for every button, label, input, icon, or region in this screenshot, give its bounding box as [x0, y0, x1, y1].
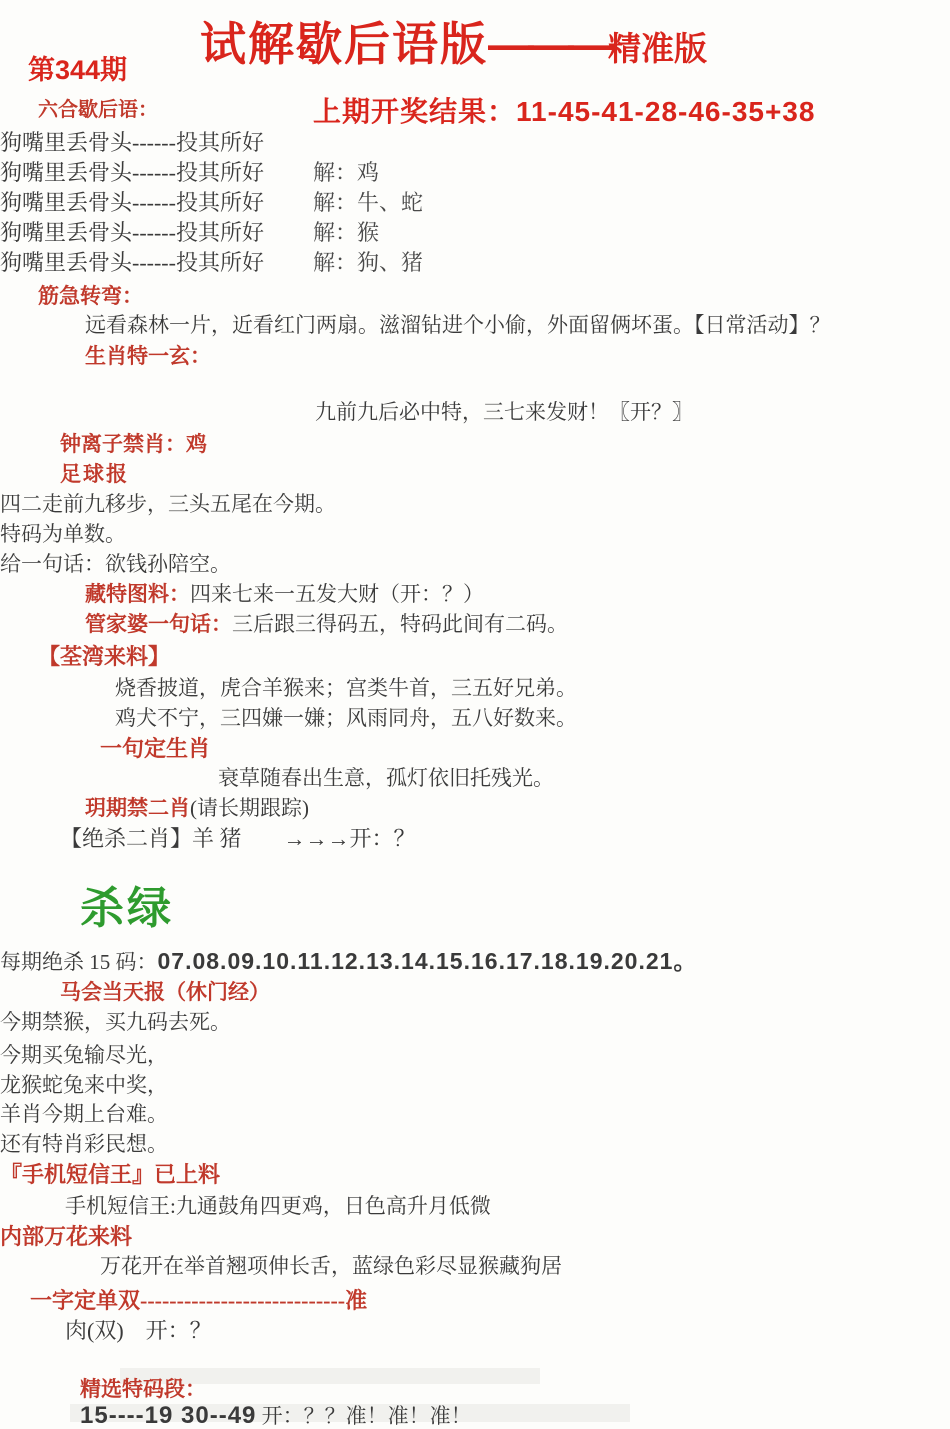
kill-15-codes-label: 每期绝杀 15 码： [0, 950, 158, 974]
football-report-line: 给一句话：欲钱孙陪空。 [0, 552, 231, 576]
tsuenwan-line: 鸡犬不宁，三四嫌一嫌；风雨同舟，五八好数来。 [115, 706, 577, 730]
last-draw-result: 上期开奖结果：11-45-41-28-46-35+38 [313, 96, 815, 128]
kill-15-codes-line: 每期绝杀 15 码：07.08.09.10.11.12.13.14.15.16.… [0, 948, 697, 974]
mahui-line: 龙猴蛇兔来中奖， [0, 1073, 168, 1097]
hexie-row-text: 狗嘴里丢骨头------投其所好 [0, 160, 264, 185]
last-draw-result-label: 上期开奖结果： [313, 96, 516, 127]
one-phrase-zodiac-label: 一句定生肖 [100, 736, 210, 761]
issue-number: 第344期 [28, 55, 127, 86]
hexie-row: 狗嘴里丢骨头------投其所好 解：鸡 [0, 160, 264, 185]
mahui-line: 还有特肖彩民想。 [0, 1132, 168, 1156]
kill-two-zodiac-label: 【绝杀二肖】羊 猪 [60, 826, 242, 851]
hexie-row-text: 狗嘴里丢骨头------投其所好 [0, 250, 264, 275]
zodiac-mystery-hint: 九前九后必中特，三七来发财！〖开？〗 [315, 400, 693, 424]
housekeeper-text: 三后跟三得码五，特码此间有二码。 [232, 612, 568, 636]
hidden-special-line: 藏特图料：四来七来一五发大财（开：？） [85, 582, 484, 606]
football-report-line: 特码为单数。 [0, 522, 126, 546]
page-title-main: 试解歇后语版 [200, 18, 488, 70]
tsuenwan-label: 【荃湾来料】 [38, 644, 170, 669]
zhongli-ban-line: 钟离子禁肖：鸡 [60, 432, 207, 456]
housekeeper-line: 管家婆一句话：三后跟三得码五，特码此间有二码。 [85, 612, 568, 636]
clipped-glyph: 】 [0, 462, 10, 488]
mahui-line: 今期禁猴，买九码去死。 [0, 1010, 231, 1034]
mahui-line: 今期买兔输尽光， [0, 1043, 168, 1067]
sms-king-label: 『手机短信王』已上料 [0, 1162, 220, 1187]
kill-two-zodiac-line: 【绝杀二肖】羊 猪→→→开：？ [60, 826, 416, 851]
hexie-row-answer: 解：狗、猪 [313, 250, 423, 275]
hexie-row: 狗嘴里丢骨头------投其所好 解：猴 [0, 220, 264, 245]
mahui-report-label: 马会当天报（休门经） [60, 980, 270, 1004]
internal-material-label: 内部万花来料 [0, 1224, 132, 1249]
hidden-special-label: 藏特图料： [85, 582, 190, 606]
hexie-row-answer: 解：鸡 [313, 160, 379, 185]
kill-two-zodiac-open: →→→开：？ [284, 826, 416, 851]
kill-15-codes-numbers: 07.08.09.10.11.12.13.14.15.16.17.18.19.2… [158, 948, 698, 974]
internal-material-text: 万花开在举首翘项伸长舌，蓝绿色彩尽显猴藏狗居 [100, 1254, 562, 1278]
hexie-row: 狗嘴里丢骨头------投其所好 [0, 130, 264, 155]
hexie-row: 狗嘴里丢骨头------投其所好 解：狗、猪 [0, 250, 264, 275]
selected-range-numbers: 15----19 30--49 [80, 1402, 256, 1429]
hexie-row-text: 狗嘴里丢骨头------投其所好 [0, 220, 264, 245]
clipped-glyph: 】 [0, 432, 10, 458]
banned-two-zodiac-line: 玥期禁二肖(请长期跟踪) [85, 796, 309, 820]
banned-two-zodiac-label: 玥期禁二肖 [85, 796, 190, 820]
banned-two-zodiac-note: (请长期跟踪) [190, 796, 309, 820]
sms-king-text: 手机短信王:九通鼓角四更鸡，日色高升月低微 [65, 1194, 491, 1218]
odd-even-answer: 肉(双) 开：？ [65, 1318, 212, 1343]
mahui-line: 羊肖今期上台难。 [0, 1102, 168, 1126]
selected-range-line: 15----19 30--49 开：？？准！准！准！ [80, 1402, 472, 1429]
housekeeper-label: 管家婆一句话： [85, 612, 232, 636]
hexie-row-text: 狗嘴里丢骨头------投其所好 [0, 190, 264, 215]
hexie-row: 狗嘴里丢骨头------投其所好 解：牛、蛇 [0, 190, 264, 215]
football-report-label: 足球报 [60, 462, 129, 486]
clipped-glyph-char: 】 [0, 462, 8, 487]
kill-green-title: 杀绿 [80, 884, 174, 935]
clipped-glyph-char: 】 [0, 432, 8, 457]
zodiac-mystery-label: 生肖特一玄： [85, 344, 211, 368]
document-page: 试解歇后语版———精准版 第344期 六合歇后语： 上期开奖结果：11-45-4… [0, 0, 950, 1429]
selected-range-open: 开：？？准！准！准！ [262, 1404, 472, 1428]
hexie-section-label: 六合歇后语： [38, 99, 158, 122]
hexie-row-answer: 解：猴 [313, 220, 379, 245]
football-report-line: 四二走前九移步，三头五尾在今期。 [0, 492, 336, 516]
page-title-dash: ——— [488, 18, 608, 70]
brainteaser-label: 筋急转弯： [38, 284, 143, 308]
selected-range-label: 精选特码段： [80, 1377, 206, 1401]
page-title-suffix: 精准版 [608, 30, 707, 67]
one-phrase-zodiac-text: 衰草随春出生意，孤灯依旧托残光。 [218, 766, 554, 790]
hexie-row-text: 狗嘴里丢骨头------投其所好 [0, 130, 264, 155]
page-title: 试解歇后语版———精准版 [200, 18, 707, 71]
last-draw-result-numbers: 11-45-41-28-46-35+38 [516, 96, 815, 127]
tsuenwan-line: 烧香披道，虎合羊猴来；宫类牛首，三五好兄弟。 [115, 676, 577, 700]
brainteaser-riddle: 远看森林一片，近看红门两扇。滋溜钻进个小偷，外面留俩坏蛋。【日常活动】？ [85, 313, 831, 337]
odd-even-label: 一字定单双----------------------------准 [30, 1288, 367, 1313]
hidden-special-text: 四来七来一五发大财（开：？） [190, 582, 484, 606]
hexie-row-answer: 解：牛、蛇 [313, 190, 423, 215]
